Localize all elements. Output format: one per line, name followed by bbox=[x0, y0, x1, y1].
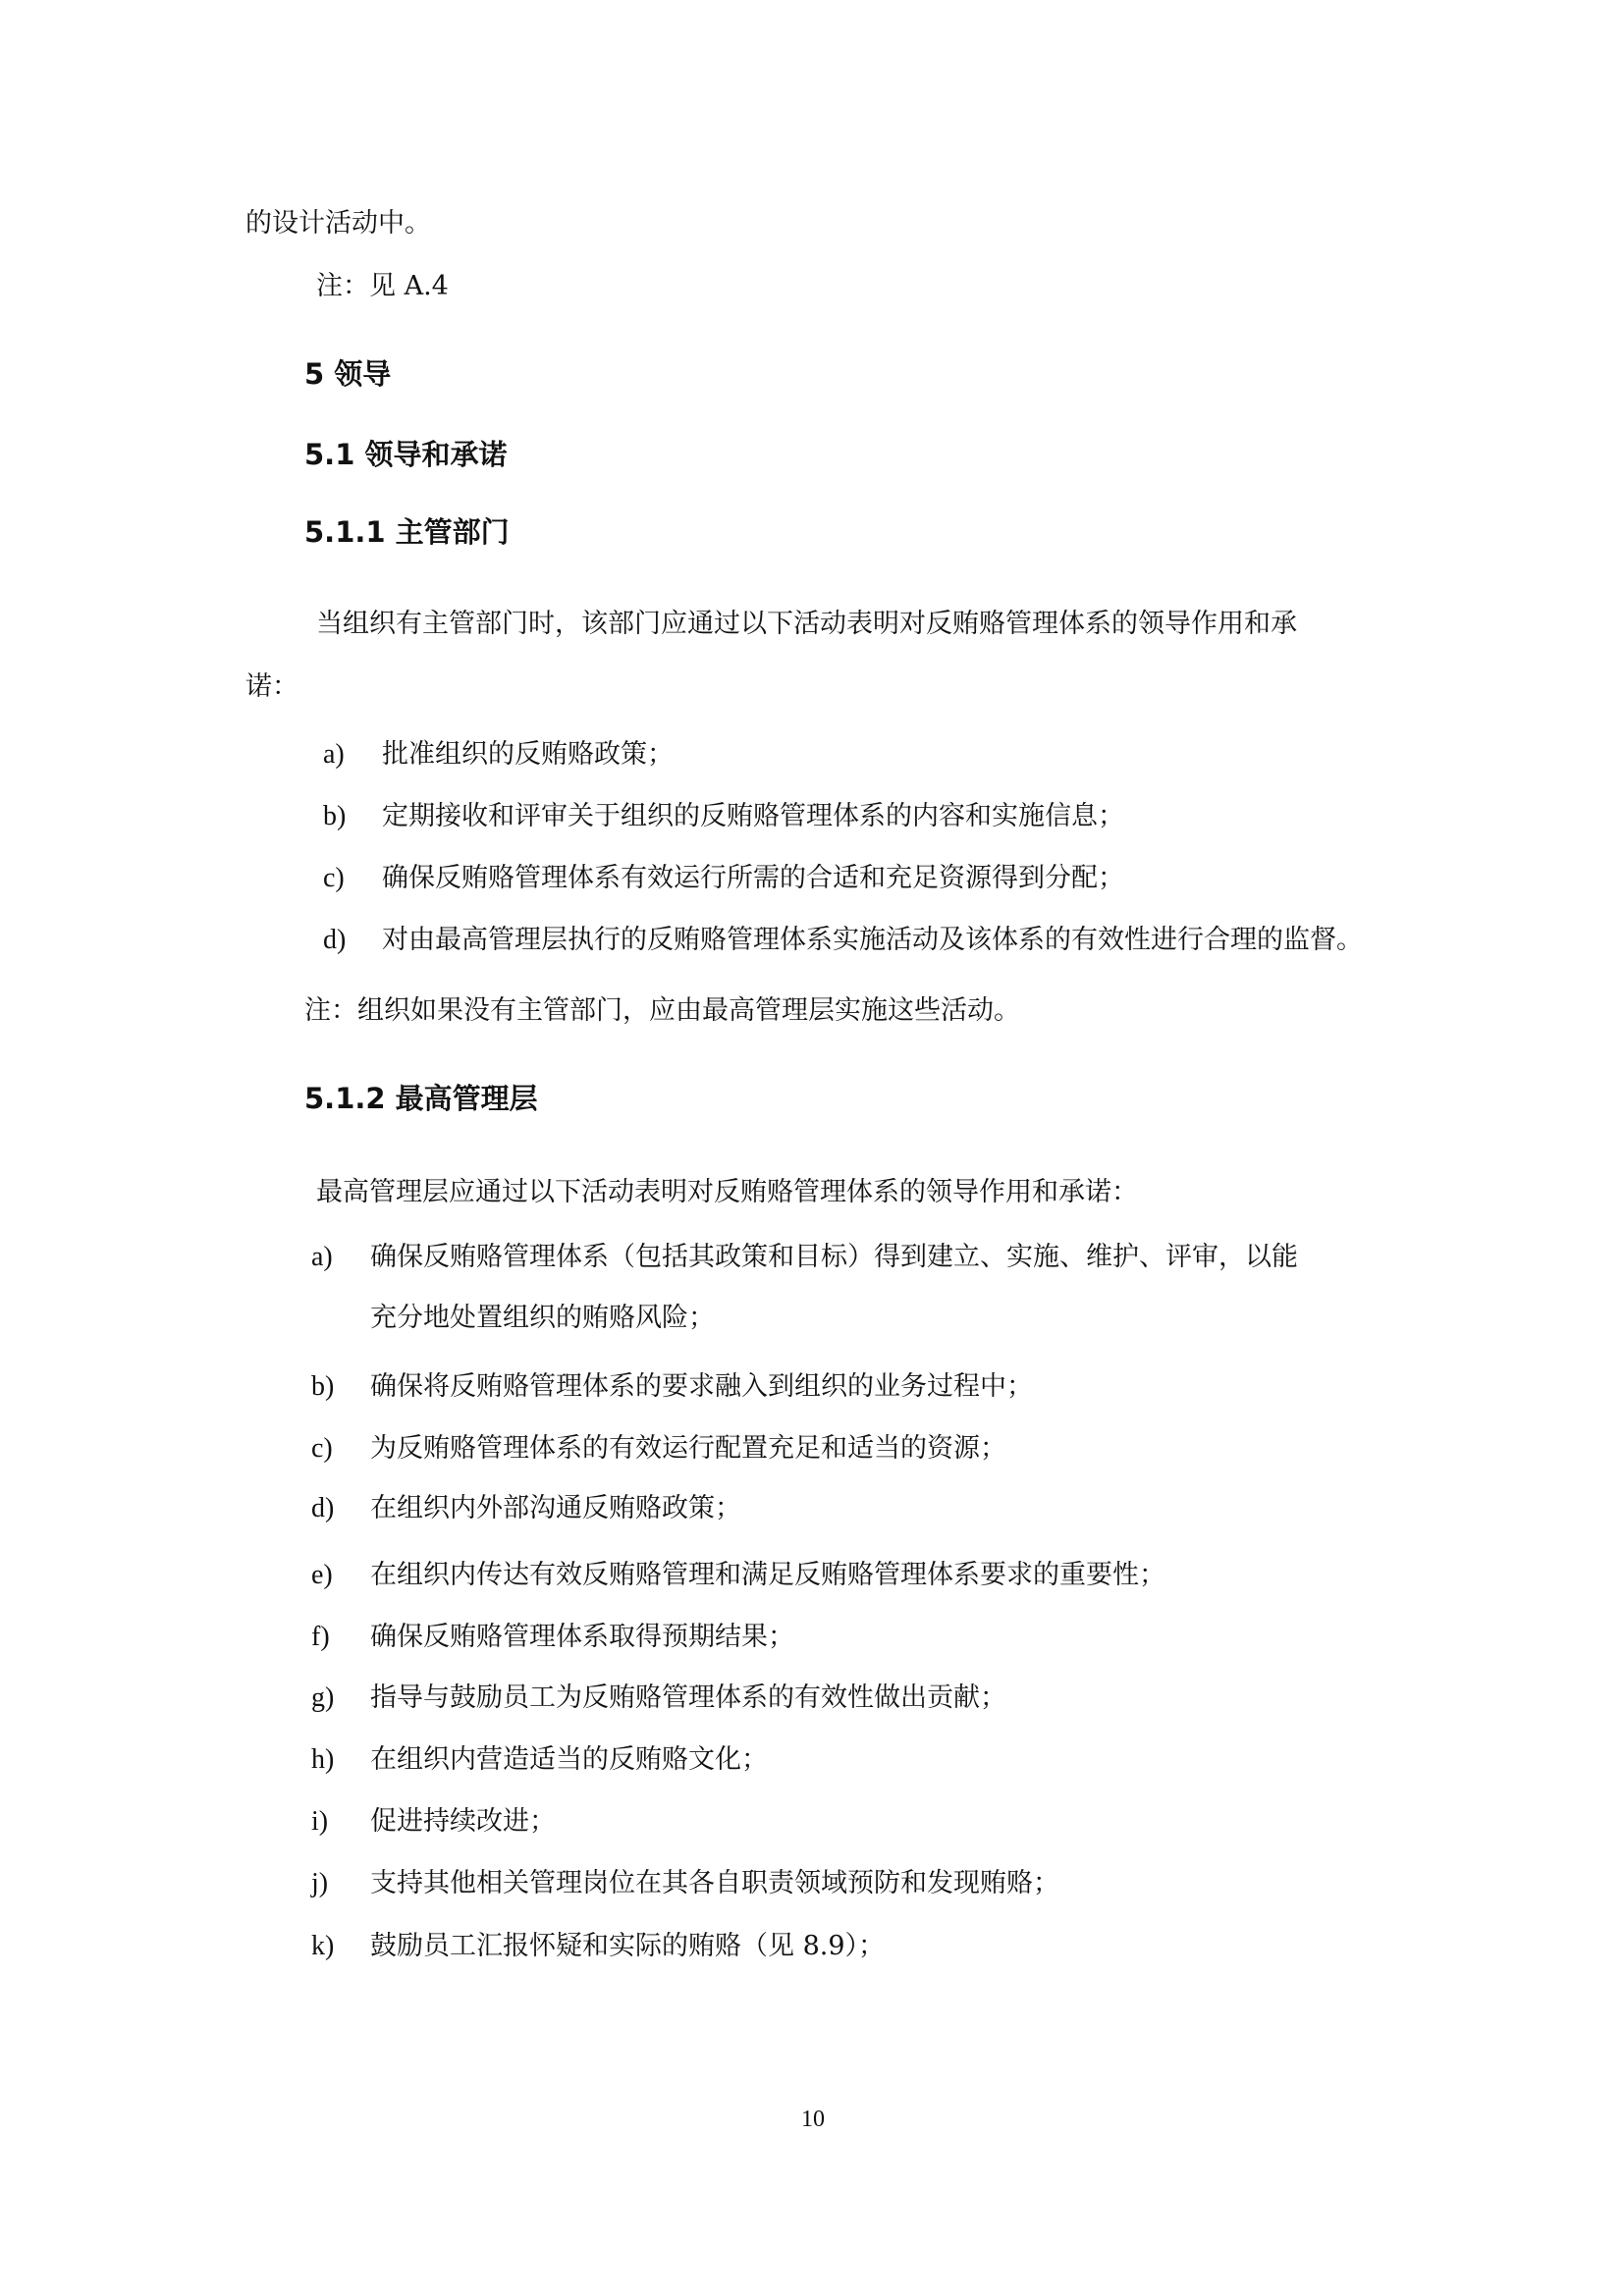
heading-section-5-1: 5.1 领导和承诺 bbox=[304, 437, 507, 472]
list-item: 鼓励员工汇报怀疑和实际的贿赂（见 8.9）； bbox=[370, 1929, 885, 1964]
continuation-text: 的设计活动中。 bbox=[245, 206, 431, 241]
list-item-label: d) bbox=[323, 923, 346, 958]
list-item-label: a) bbox=[311, 1240, 333, 1275]
list-item: 为反贿赂管理体系的有效运行配置充足和适当的资源； bbox=[370, 1431, 1006, 1467]
list-item-label: c) bbox=[323, 861, 345, 896]
heading-section-5: 5 领导 bbox=[304, 356, 391, 392]
list-item: 确保反贿赂管理体系有效运行所需的合适和充足资源得到分配； bbox=[382, 861, 1124, 896]
intro-paragraph-5-1-2: 最高管理层应通过以下活动表明对反贿赂管理体系的领导作用和承诺： bbox=[316, 1175, 1138, 1210]
note-top: 注：见 A.4 bbox=[316, 269, 449, 304]
list-item: 支持其他相关管理岗位在其各自职责领域预防和发现贿赂； bbox=[370, 1866, 1059, 1901]
list-item-continuation: 充分地处置组织的贿赂风险； bbox=[370, 1301, 715, 1336]
list-item-label: i) bbox=[311, 1804, 328, 1840]
list-item-label: e) bbox=[311, 1558, 333, 1593]
page-number: 10 bbox=[784, 2107, 842, 2133]
list-item: 在组织内营造适当的反贿赂文化； bbox=[370, 1742, 768, 1778]
list-item: 促进持续改进； bbox=[370, 1804, 556, 1840]
list-item-label: b) bbox=[323, 799, 346, 834]
list-item: 对由最高管理层执行的反贿赂管理体系实施活动及该体系的有效性进行合理的监督。 bbox=[382, 923, 1363, 958]
list-item: 确保反贿赂管理体系（包括其政策和目标）得到建立、实施、维护、评审，以能 bbox=[370, 1240, 1298, 1275]
heading-section-5-1-2: 5.1.2 最高管理层 bbox=[304, 1081, 538, 1116]
list-item-label: f) bbox=[311, 1620, 330, 1655]
intro-paragraph-line2: 诺： bbox=[245, 669, 298, 705]
list-item-label: d) bbox=[311, 1491, 334, 1526]
list-item-label: h) bbox=[311, 1742, 334, 1778]
list-item-label: j) bbox=[311, 1866, 328, 1901]
list-item-label: b) bbox=[311, 1369, 334, 1405]
list-item: 确保反贿赂管理体系取得预期结果； bbox=[370, 1620, 794, 1655]
list-item: 指导与鼓励员工为反贿赂管理体系的有效性做出贡献； bbox=[370, 1681, 1006, 1716]
intro-paragraph-line1: 当组织有主管部门时，该部门应通过以下活动表明对反贿赂管理体系的领导作用和承 bbox=[316, 607, 1297, 642]
note-5-1-1: 注：组织如果没有主管部门，应由最高管理层实施这些活动。 bbox=[304, 993, 1020, 1029]
list-item: 批准组织的反贿赂政策； bbox=[382, 737, 674, 773]
list-item: 确保将反贿赂管理体系的要求融入到组织的业务过程中； bbox=[370, 1369, 1033, 1405]
list-item-label: a) bbox=[323, 737, 345, 773]
list-item-label: g) bbox=[311, 1681, 334, 1716]
list-item-label: k) bbox=[311, 1929, 334, 1964]
list-item-label: c) bbox=[311, 1431, 333, 1467]
list-item: 在组织内外部沟通反贿赂政策； bbox=[370, 1491, 741, 1526]
list-item: 在组织内传达有效反贿赂管理和满足反贿赂管理体系要求的重要性； bbox=[370, 1558, 1165, 1593]
list-item: 定期接收和评审关于组织的反贿赂管理体系的内容和实施信息； bbox=[382, 799, 1124, 834]
heading-section-5-1-1: 5.1.1 主管部门 bbox=[304, 514, 510, 550]
